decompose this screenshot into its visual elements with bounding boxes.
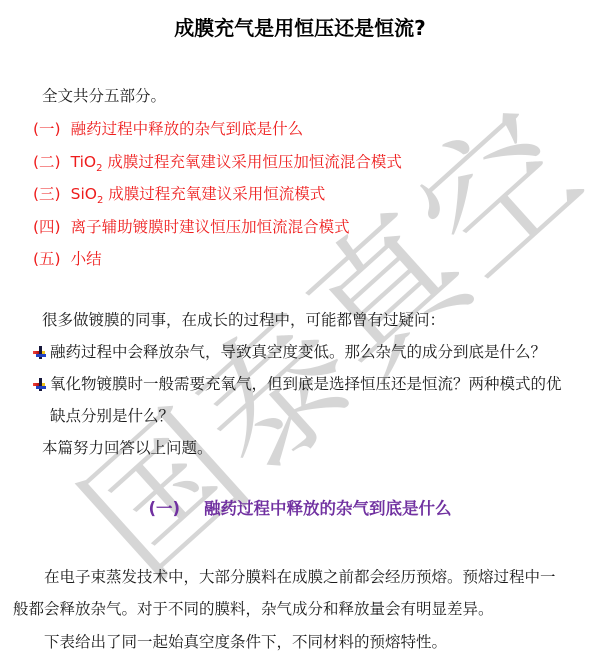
discussion-lead-paragraph: 很多做镀膜的同事，在成长的过程中，可能都曾有过疑问： — [42, 304, 600, 336]
toc-item-4: (四) 离子辅助镀膜时建议恒压加恒流混合模式 — [33, 217, 600, 250]
list-item: 氧化物镀膜时一般需要充氧气，但到底是选择恒压还是恒流？两种模式的优缺点分别是什么… — [33, 368, 600, 432]
toc-item-text: 小结 — [71, 250, 102, 268]
question-bullet-list: 融药过程中会释放杂气，导致真空度变低。那么杂气的成分到底是什么？ 氧化物镀膜时一… — [33, 336, 600, 432]
formula-prefix: SiO — [71, 185, 97, 203]
toc-item-number: (五) — [33, 249, 61, 269]
toc-item-label: 离子辅助镀膜时建议恒压加恒流混合模式 — [71, 217, 350, 237]
section-title: 融药过程中释放的杂气到底是什么 — [204, 498, 452, 519]
toc-item-label: SiO2 成膜过程充氧建议采用恒流模式 — [71, 184, 326, 204]
toc-item-text: 离子辅助镀膜时建议恒压加恒流混合模式 — [71, 218, 350, 236]
page-title: 成膜充气是用恒压还是恒流? — [0, 0, 600, 41]
section-paragraph: 在电子束蒸发技术中，大部分膜料在成膜之前都会经历预熔。预熔过程中一般都会释放杂气… — [13, 561, 561, 626]
toc-item-text: 成膜过程充氧建议采用恒压加恒流混合模式 — [102, 153, 401, 171]
bullet-item-text: 融药过程中会释放杂气，导致真空度变低。那么杂气的成分到底是什么？ — [50, 336, 570, 368]
colored-plus-bullet-icon — [33, 378, 46, 391]
toc-item-number: (二) — [33, 152, 61, 172]
formula-prefix: TiO — [71, 153, 97, 171]
toc-item-number: (一) — [33, 119, 61, 139]
bullet-item-text: 氧化物镀膜时一般需要充氧气，但到底是选择恒压还是恒流？两种模式的优缺点分别是什么… — [50, 368, 570, 432]
section-paragraph: 下表给出了同一起始真空度条件下，不同材料的预熔特性。 — [13, 626, 561, 659]
colored-plus-bullet-icon — [33, 346, 46, 359]
toc-item-2: (二) TiO2 成膜过程充氧建议采用恒压加恒流混合模式 — [33, 152, 600, 185]
section-number: (一) — [148, 498, 180, 519]
toc-item-3: (三) SiO2 成膜过程充氧建议采用恒流模式 — [33, 184, 600, 217]
toc-item-label: 融药过程中释放的杂气到底是什么 — [71, 119, 304, 139]
toc-item-number: (三) — [33, 184, 61, 204]
toc-item-number: (四) — [33, 217, 61, 237]
toc-item-label: 小结 — [71, 249, 102, 269]
section-1-body: 在电子束蒸发技术中，大部分膜料在成膜之前都会经历预熔。预熔过程中一般都会释放杂气… — [13, 561, 561, 659]
toc-item-text: 融药过程中释放的杂气到底是什么 — [71, 120, 304, 138]
toc-item-1: (一) 融药过程中释放的杂气到底是什么 — [33, 119, 600, 152]
intro-line: 全文共分五部分。 — [42, 86, 600, 106]
section-1-heading: (一) 融药过程中释放的杂气到底是什么 — [0, 498, 600, 519]
list-item: 融药过程中会释放杂气，导致真空度变低。那么杂气的成分到底是什么？ — [33, 336, 600, 368]
toc-item-label: TiO2 成膜过程充氧建议采用恒压加恒流混合模式 — [71, 152, 402, 172]
toc-item-text: 成膜过程充氧建议采用恒流模式 — [103, 185, 325, 203]
article-page: 国泰真空 成膜充气是用恒压还是恒流? 全文共分五部分。 (一) 融药过程中释放的… — [0, 0, 600, 659]
discussion-closing-line: 本篇努力回答以上问题。 — [42, 432, 600, 464]
toc-item-5: (五) 小结 — [33, 249, 600, 282]
article-content: 成膜充气是用恒压还是恒流? 全文共分五部分。 (一) 融药过程中释放的杂气到底是… — [0, 0, 600, 658]
table-of-contents: (一) 融药过程中释放的杂气到底是什么 (二) TiO2 成膜过程充氧建议采用恒… — [33, 119, 600, 282]
